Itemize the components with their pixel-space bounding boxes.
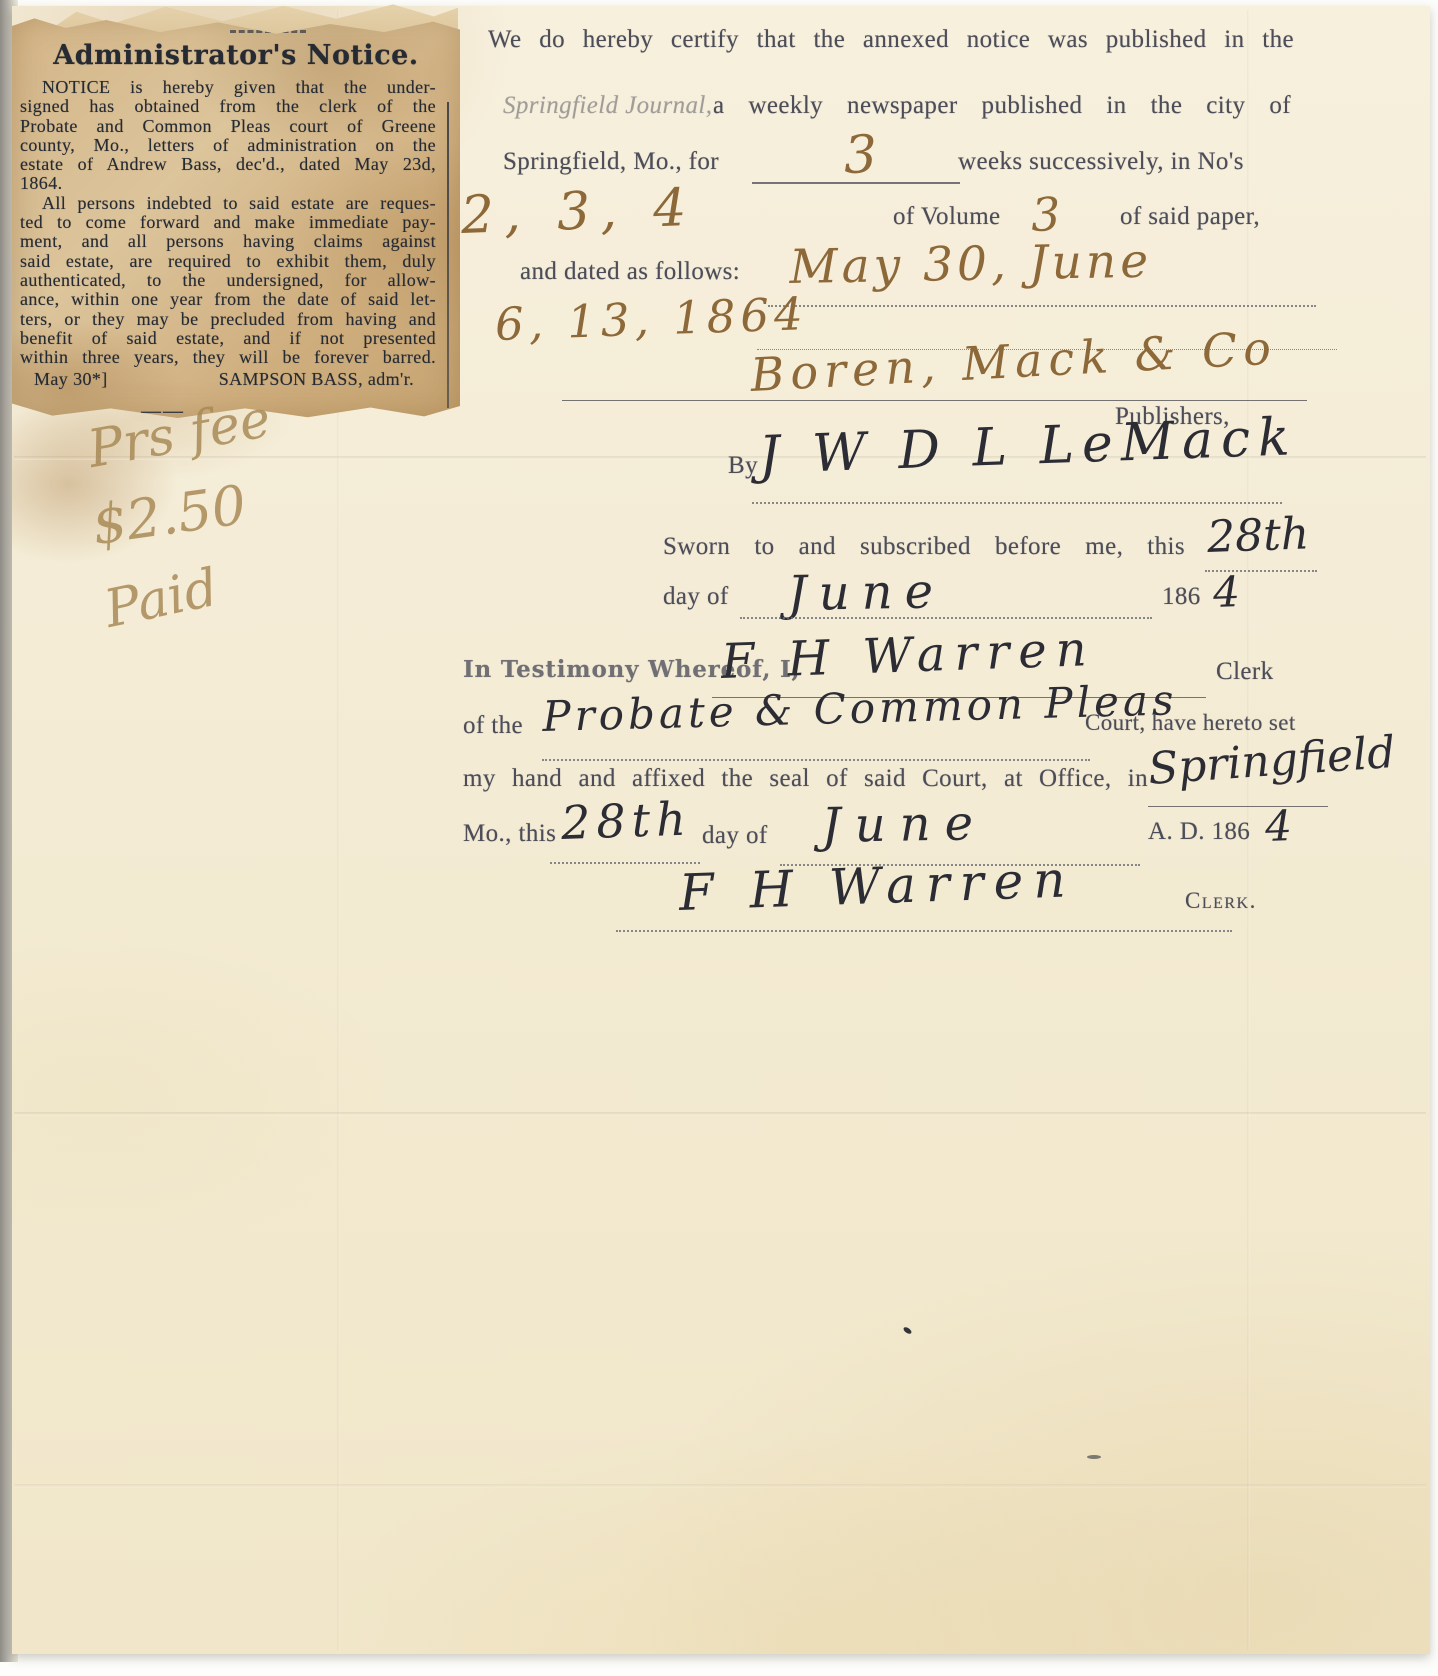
ad-year-printed: A. D. 186: [1148, 818, 1250, 846]
dated-label: and dated as follows:: [520, 258, 740, 286]
by-blank-line: [752, 502, 1282, 504]
clipping-body: NOTICE is hereby given that the under- s…: [20, 78, 436, 367]
mo-this-label: Mo., this: [463, 820, 556, 848]
ad-year-digit-handwritten: 4: [1264, 801, 1292, 851]
day-of-label-2: day of: [702, 822, 768, 850]
clipping-line: ters, or they may be precluded from havi…: [20, 310, 436, 329]
volume-label: of Volume: [893, 203, 1001, 231]
seal-line: my hand and affixed the seal of said Cou…: [463, 765, 1148, 799]
paper-suffix: of said paper,: [1120, 203, 1260, 231]
weeks-line-prefix: Springfield, Mo., for: [503, 148, 719, 176]
clipping-line: All persons indebted to said estate are …: [20, 194, 436, 213]
sworn-day-handwritten: 28th: [1206, 508, 1310, 563]
clipping-line: 1864.: [20, 174, 436, 193]
court-suffix: Court, have hereto set: [1085, 710, 1296, 736]
certificate-line1: We do hereby certify that the annexed no…: [488, 26, 1294, 60]
clipping-line: Probate and Common Pleas court of Greene: [20, 117, 436, 136]
court-name-blank: [542, 759, 1090, 761]
fold-crease-bottom: [14, 1484, 1426, 1488]
dates-blank-line-1: [768, 305, 1316, 307]
issue-numbers-handwritten: 2, 3, 4: [460, 178, 697, 246]
day-of-label: day of: [663, 583, 729, 611]
document-scan: Administrator's Notice. NOTICE is hereby…: [0, 0, 1438, 1676]
clipping-line: said estate, are required to exhibit the…: [20, 252, 436, 271]
clerk-caps-label: Clerk.: [1185, 888, 1257, 914]
clipping-line: county, Mo., letters of administration o…: [20, 136, 436, 155]
clipping-line: ance, within one year from the date of s…: [20, 290, 436, 309]
clipping-line: ted to come forward and make immediate p…: [20, 213, 436, 232]
dates-handwritten-1: May 30, June: [789, 234, 1152, 295]
volume-number-handwritten: 3: [1030, 187, 1061, 242]
weeks-count-handwritten: 3: [843, 125, 878, 186]
clipping-line: benefit of said estate, and if not prese…: [20, 329, 436, 348]
ink-smudge: [1087, 1455, 1101, 1459]
weeks-line-suffix: weeks successively, in No's: [958, 148, 1244, 176]
clipping-line: signed has obtained from the clerk of th…: [20, 97, 436, 116]
sworn-prefix: Sworn to and subscribed before me, this: [663, 533, 1185, 567]
clerk-label: Clerk: [1216, 658, 1274, 686]
clipping-date-mark: May 30*]: [20, 369, 108, 390]
clipping-title: Administrator's Notice.: [12, 40, 460, 71]
office-city-blank: [1148, 806, 1328, 807]
clipping-line: authenticated, to the undersigned, for a…: [20, 271, 436, 290]
clipping-line: ment, and all persons having claims agai…: [20, 232, 436, 251]
clipping-line: NOTICE is hereby given that the under-: [20, 78, 436, 97]
journal-name: Springfield Journal,: [503, 92, 712, 120]
weeks-blank-line: [752, 182, 960, 184]
newspaper-clipping: Administrator's Notice. NOTICE is hereby…: [12, 16, 460, 418]
sworn-year-digit-handwritten: 4: [1212, 567, 1240, 617]
sworn-year-printed: 186: [1162, 583, 1201, 611]
certificate-line2: a weekly newspaper published in the city…: [713, 92, 1291, 126]
sworn-month-handwritten: June: [787, 563, 945, 622]
clipping-administrator-signature: SAMPSON BASS, adm'r.: [219, 369, 440, 390]
sworn-month-blank: [740, 617, 1152, 619]
clipping-line: estate of Andrew Bass, dec'd., dated May…: [20, 155, 436, 174]
publisher-blank-line: [562, 400, 1307, 401]
dates-handwritten-2: 6, 13, 1864: [494, 287, 808, 351]
fold-crease-middle: [14, 1112, 1426, 1116]
attest-month-handwritten: June: [821, 795, 987, 854]
attest-signature-blank: [616, 930, 1232, 932]
attest-day-handwritten: 28th: [560, 791, 692, 850]
clipping-line: within three years, they will be forever…: [20, 348, 436, 367]
by-label: By: [728, 452, 758, 480]
of-the-label: of the: [463, 712, 523, 740]
clipping-footer: May 30*] SAMPSON BASS, adm'r.: [20, 369, 440, 390]
clipping-column-rule: [447, 102, 450, 408]
